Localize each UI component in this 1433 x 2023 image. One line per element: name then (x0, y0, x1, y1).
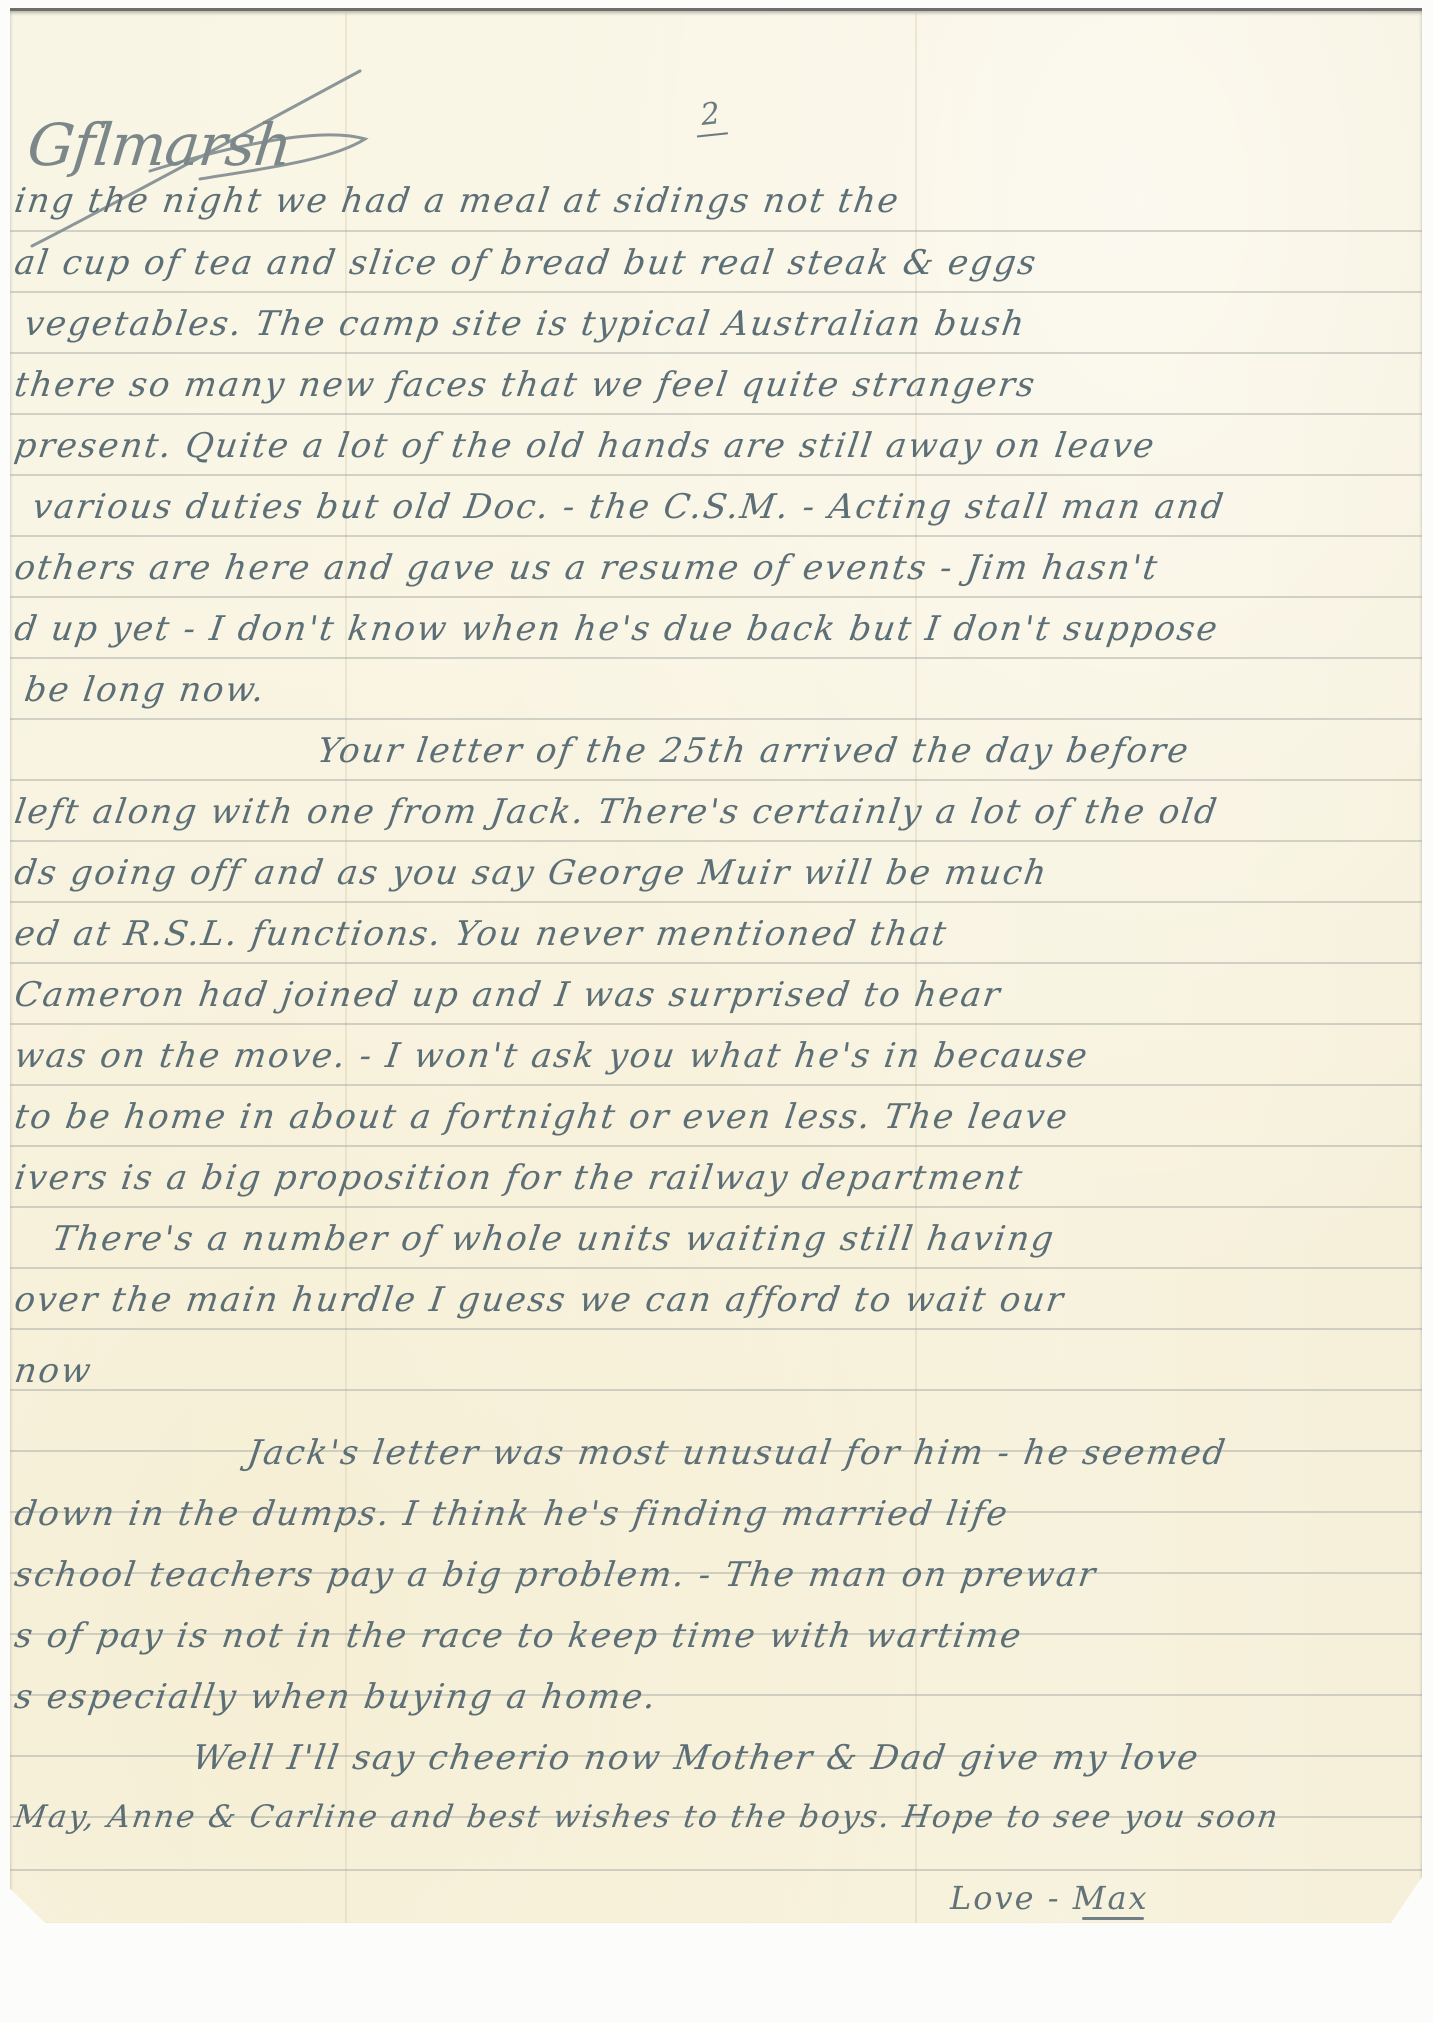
letter-line: school teachers pay a big problem. - The… (12, 1555, 1100, 1595)
letter-line: be long now. (22, 670, 268, 710)
letter-paper: Gflmarsh 2 ing the night we had a meal a… (10, 8, 1422, 1923)
rule-line (10, 779, 1422, 781)
rule-line (10, 474, 1422, 476)
letter-line: vegetables. The camp site is typical Aus… (22, 304, 1029, 344)
rule-line (10, 413, 1422, 415)
letter-line: was on the move. - I won't ask you what … (12, 1036, 1092, 1076)
rule-line (10, 1328, 1422, 1330)
rule-line (10, 840, 1422, 842)
rule-line (10, 901, 1422, 903)
page-number: 2 (693, 95, 728, 137)
signature-underline (1082, 1917, 1144, 1920)
letter-line: ivers is a big proposition for the railw… (12, 1158, 1027, 1198)
letter-line: ed at R.S.L. functions. You never mentio… (12, 914, 950, 954)
margin-annotation: Gflmarsh (24, 111, 294, 179)
rule-line (10, 718, 1422, 720)
rule-line (10, 1206, 1422, 1208)
rule-line (10, 1084, 1422, 1086)
letter-line: Well I'll say cheerio now Mother & Dad g… (190, 1738, 1202, 1778)
letter-line: there so many new faces that we feel qui… (12, 365, 1039, 405)
letter-line: Jack's letter was most unusual for him -… (245, 1433, 1229, 1473)
letter-line: Your letter of the 25th arrived the day … (315, 731, 1192, 771)
rule-line (10, 1267, 1422, 1269)
rule-line (10, 230, 1422, 232)
letter-line: There's a number of whole units waiting … (50, 1219, 1058, 1259)
letter-line: s especially when buying a home. (12, 1677, 660, 1717)
letter-line: present. Quite a lot of the old hands ar… (12, 426, 1158, 466)
rule-line (10, 657, 1422, 659)
letter-line: ds going off and as you say George Muir … (12, 853, 1051, 893)
rule-line (10, 962, 1422, 964)
letter-line: others are here and gave us a resume of … (12, 548, 1161, 588)
scanned-page: Gflmarsh 2 ing the night we had a meal a… (0, 0, 1433, 2023)
rule-line (10, 596, 1422, 598)
rule-line (10, 1869, 1422, 1871)
letter-line: al cup of tea and slice of bread but rea… (12, 243, 1040, 283)
letter-line: Cameron had joined up and I was surprise… (12, 975, 1004, 1015)
rule-line (10, 352, 1422, 354)
signature: Love - Max (950, 1879, 1149, 1917)
letter-line: various duties but old Doc. - the C.S.M.… (30, 487, 1228, 527)
rule-line (10, 1389, 1422, 1391)
letter-line: down in the dumps. I think he's finding … (12, 1494, 1012, 1534)
letter-line: s of pay is not in the race to keep time… (12, 1616, 1025, 1656)
rule-line (10, 291, 1422, 293)
letter-line: May, Anne & Carline and best wishes to t… (12, 1799, 1282, 1835)
letter-line: over the main hurdle I guess we can affo… (12, 1280, 1067, 1320)
letter-line: now (12, 1351, 95, 1391)
letter-line: left along with one from Jack. There's c… (12, 792, 1221, 832)
rule-line (10, 1145, 1422, 1147)
letter-line: to be home in about a fortnight or even … (12, 1097, 1071, 1137)
letter-line: ing the night we had a meal at sidings n… (12, 181, 903, 221)
letter-line: d up yet - I don't know when he's due ba… (12, 609, 1222, 649)
rule-line (10, 535, 1422, 537)
rule-line (10, 1023, 1422, 1025)
